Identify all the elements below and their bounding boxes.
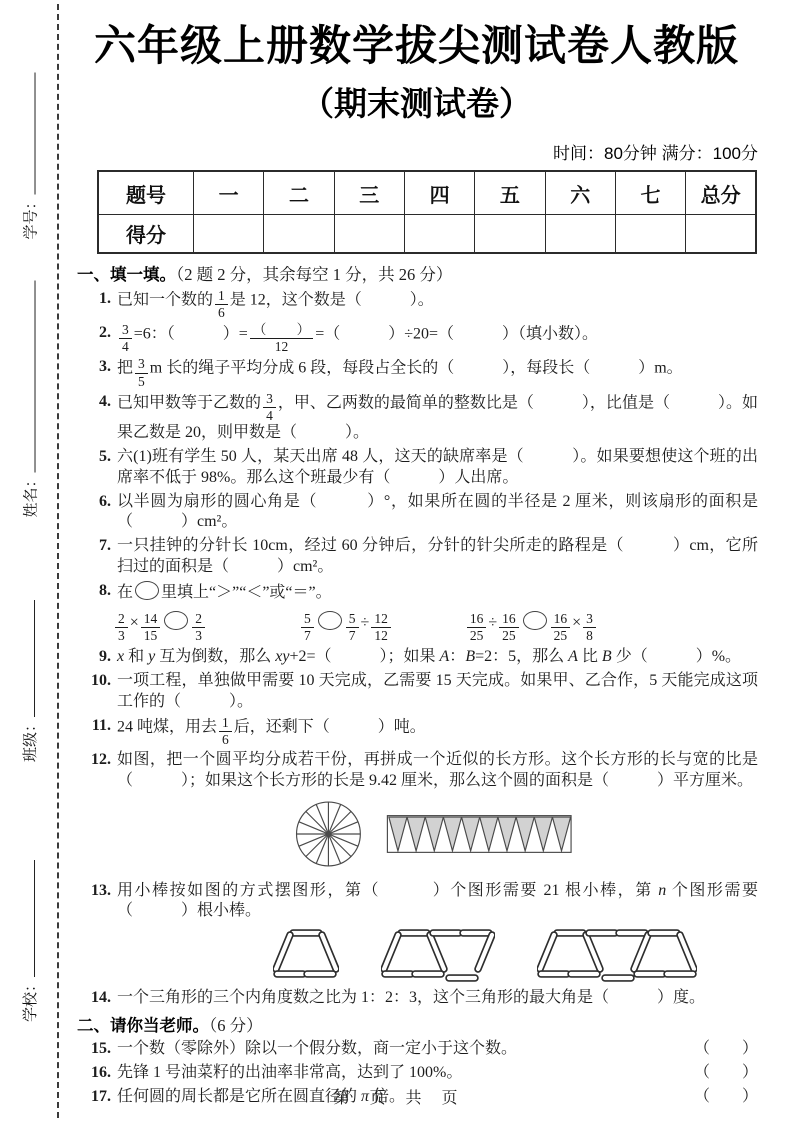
question-line: 34=6：（ ）=（ ）12=（ ）÷20=（ ）（填小数）。	[117, 323, 758, 354]
question-number: 4.	[81, 392, 111, 413]
section-title: 一、填一填。	[77, 265, 176, 284]
question-line: 已知一个数的16是 12，这个数是（ ）。	[117, 289, 758, 320]
fraction: 1625	[551, 612, 571, 643]
fraction: 1415	[141, 612, 161, 643]
question-8: 8.在里填上“＞”“＜”或“＝”。	[75, 581, 758, 604]
question-text: 一项工程，单独做甲需要 10 天完成，乙需要 15 天完成。如果甲、乙合作，5 …	[117, 671, 758, 713]
question-text: 24 吨煤，用去16后，还剩下（ ）吨。	[117, 716, 758, 747]
student-id-blank-line	[19, 72, 35, 194]
score-table-score-row: 得分	[98, 215, 756, 254]
page-footer: 第 页 共 页	[0, 1085, 793, 1108]
paper-subtitle: （期末测试卷）	[75, 78, 758, 125]
question-text: 一只挂钟的分针长 10cm，经过 60 分钟后，分针的针尖所走的路程是（ ）cm…	[117, 536, 758, 578]
question-text: x 和 y 互为倒数，那么 xy+2=（ ）；如果 A：B=2：5，那么 A 比…	[117, 647, 758, 668]
question-4: 4.已知甲数等于乙数的34，甲、乙两数的最简单的整数比是（ ），比值是（ ）。如…	[75, 392, 758, 444]
fraction: 23	[192, 612, 205, 643]
fraction: 16	[215, 289, 228, 320]
fraction: 1212	[371, 612, 391, 643]
questions-area: 一、填一填。（2 题 2 分，其余每空 1 分，共 26 分）1.已知一个数的1…	[75, 264, 758, 1108]
score-label-cell: 得分	[98, 215, 194, 254]
question-14: 14.一个三角形的三个内角度数之比为 1：2：3，这个三角形的最大角是（ ）度。	[75, 988, 758, 1009]
fraction: 34	[263, 392, 276, 423]
question-number: 9.	[81, 647, 111, 668]
fraction: 34	[119, 323, 132, 354]
question-text: 先锋 1 号油菜籽的出油率非常高，达到了 100%。	[117, 1063, 686, 1084]
score-table-cell: 题号	[98, 171, 194, 215]
question-text: 以半圆为扇形的圆心角是（ ）°，如果所在圆的半径是 2 厘米，则该扇形的面积是（…	[117, 492, 758, 534]
question-number: 14.	[81, 988, 111, 1009]
fraction: 57	[346, 612, 359, 643]
score-empty-cell	[615, 215, 685, 254]
question-line: 用小棒按如图的方式摆图形，第（ ）个图形需要 21 根小棒，第 n 个图形需要（…	[117, 881, 758, 923]
question-line: 把35m 长的绳子平均分成 6 段，每段占全长的（ ），每段长（ ）m。	[117, 357, 758, 388]
fraction: 1625	[499, 612, 519, 643]
question-number: 7.	[81, 536, 111, 557]
circle-to-rectangle-figure	[75, 798, 758, 877]
student-id-label: 学号：	[19, 194, 40, 239]
score-table-cell: 总分	[686, 171, 756, 215]
question-line: 一个三角形的三个内角度数之比为 1：2：3，这个三角形的最大角是（ ）度。	[117, 988, 758, 1009]
margin-dashed-divider	[57, 4, 59, 1118]
question-text: 已知一个数的16是 12，这个数是（ ）。	[117, 289, 758, 320]
question-line: 六(1)班有学生 50 人，某天出席 48 人，这天的缺席率是（ ）。如果要想使…	[117, 447, 758, 489]
student-info-margin: 学号： 姓名： 班级： 学校：	[0, 0, 57, 1122]
paper-title: 六年级上册数学拔尖测试卷人教版	[75, 22, 758, 70]
question-number: 12.	[81, 750, 111, 771]
score-empty-cell	[404, 215, 474, 254]
score-empty-cell	[545, 215, 615, 254]
question-line: 在里填上“＞”“＜”或“＝”。	[117, 581, 758, 604]
paper-content: 六年级上册数学拔尖测试卷人教版 （期末测试卷） 时间：80分钟 满分：100分 …	[75, 22, 758, 1111]
question-line: 一个数（零除外）除以一个假分数，商一定小于这个数。（ ）	[117, 1039, 758, 1060]
question-number: 1.	[81, 289, 111, 310]
fraction: 35	[135, 357, 148, 388]
class-label: 班级：	[19, 717, 40, 762]
question-12: 12.如图，把一个圆平均分成若干份，再拼成一个近似的长方形。这个长方形的长与宽的…	[75, 750, 758, 792]
judgment-answer-paren: （ ）	[694, 1039, 758, 1060]
comparison-row: 23×1415235757÷12121625÷16251625×38	[75, 611, 758, 643]
question-number: 13.	[81, 881, 111, 902]
score-table-cell: 一	[194, 171, 264, 215]
comparison-circle	[135, 581, 159, 600]
question-number: 6.	[81, 492, 111, 513]
comparison-item: 5757÷1212	[299, 611, 393, 643]
question-line: x 和 y 互为倒数，那么 xy+2=（ ）；如果 A：B=2：5，那么 A 比…	[117, 647, 758, 668]
question-line: 先锋 1 号油菜籽的出油率非常高，达到了 100%。（ ）	[117, 1063, 758, 1084]
score-table-cell: 六	[545, 171, 615, 215]
comparison-item: 23×141523	[113, 611, 207, 643]
fraction: 57	[301, 612, 314, 643]
school-blank-line	[19, 860, 35, 977]
score-empty-cell	[686, 215, 756, 254]
question-text: 如图，把一个圆平均分成若干份，再拼成一个近似的长方形。这个长方形的长与宽的比是（…	[117, 750, 758, 792]
fraction: 38	[583, 612, 596, 643]
section-note: （6 分）	[209, 1016, 263, 1035]
score-table: 题号 一 二 三 四 五 六 七 总分 得分	[97, 170, 757, 254]
question-number: 10.	[81, 671, 111, 692]
question-text: 用小棒按如图的方式摆图形，第（ ）个图形需要 21 根小棒，第 n 个图形需要（…	[117, 881, 758, 923]
score-empty-cell	[194, 215, 264, 254]
question-number: 16.	[81, 1063, 111, 1084]
question-10: 10.一项工程，单独做甲需要 10 天完成，乙需要 15 天完成。如果甲、乙合作…	[75, 671, 758, 713]
class-field: 班级：	[19, 600, 41, 762]
fraction: （ ）12	[250, 323, 313, 354]
question-text: 已知甲数等于乙数的34，甲、乙两数的最简单的整数比是（ ），比值是（ ）。如果乙…	[117, 392, 758, 444]
question-text: 一个三角形的三个内角度数之比为 1：2：3，这个三角形的最大角是（ ）度。	[117, 988, 758, 1009]
question-number: 8.	[81, 581, 111, 602]
question-number: 15.	[81, 1039, 111, 1060]
question-number: 11.	[81, 716, 111, 737]
question-2: 2.34=6：（ ）=（ ）12=（ ）÷20=（ ）（填小数）。	[75, 323, 758, 354]
fraction: 1625	[467, 612, 487, 643]
question-number: 2.	[81, 323, 111, 344]
question-9: 9.x 和 y 互为倒数，那么 xy+2=（ ）；如果 A：B=2：5，那么 A…	[75, 647, 758, 668]
fraction: 16	[219, 716, 232, 747]
stick-pattern-figure	[75, 928, 758, 984]
question-line: 一项工程，单独做甲需要 10 天完成，乙需要 15 天完成。如果甲、乙合作，5 …	[117, 671, 758, 713]
score-table-cell: 四	[404, 171, 474, 215]
comparison-item: 1625÷16251625×38	[465, 611, 598, 643]
section-title: 二、请你当老师。	[77, 1016, 209, 1035]
question-text: 34=6：（ ）=（ ）12=（ ）÷20=（ ）（填小数）。	[117, 323, 758, 354]
question-number: 5.	[81, 447, 111, 468]
stick-figure-1	[273, 928, 339, 984]
question-7: 7.一只挂钟的分针长 10cm，经过 60 分钟后，分针的针尖所走的路程是（ ）…	[75, 536, 758, 578]
question-16: 16.先锋 1 号油菜籽的出油率非常高，达到了 100%。（ ）	[75, 1063, 758, 1084]
score-table-cell: 七	[615, 171, 685, 215]
question-text: 六(1)班有学生 50 人，某天出席 48 人，这天的缺席率是（ ）。如果要想使…	[117, 447, 758, 489]
question-1: 1.已知一个数的16是 12，这个数是（ ）。	[75, 289, 758, 320]
judgment-answer-paren: （ ）	[694, 1063, 758, 1084]
score-empty-cell	[475, 215, 545, 254]
question-number: 3.	[81, 357, 111, 378]
question-line: 如图，把一个圆平均分成若干份，再拼成一个近似的长方形。这个长方形的长与宽的比是（…	[117, 750, 758, 792]
question-line: 一只挂钟的分针长 10cm，经过 60 分钟后，分针的针尖所走的路程是（ ）cm…	[117, 536, 758, 578]
score-table-header-row: 题号 一 二 三 四 五 六 七 总分	[98, 171, 756, 215]
student-name-label: 姓名：	[19, 472, 40, 517]
question-line: 以半圆为扇形的圆心角是（ ）°，如果所在圆的半径是 2 厘米，则该扇形的面积是（…	[117, 492, 758, 534]
time-score-meta: 时间：80分钟 满分：100分	[75, 139, 758, 164]
school-label: 学校：	[19, 977, 40, 1022]
section-note: （2 题 2 分，其余每空 1 分，共 26 分）	[176, 265, 452, 284]
fraction: 23	[115, 612, 128, 643]
score-table-cell: 五	[475, 171, 545, 215]
stick-figure-3	[537, 928, 697, 984]
circle-sectors-diagram	[283, 798, 573, 870]
comparison-circle	[318, 611, 342, 630]
score-table-cell: 二	[264, 171, 334, 215]
question-13: 13.用小棒按如图的方式摆图形，第（ ）个图形需要 21 根小棒，第 n 个图形…	[75, 881, 758, 923]
section-header-1: 一、填一填。（2 题 2 分，其余每空 1 分，共 26 分）	[77, 264, 758, 285]
student-id-field: 学号：	[19, 72, 41, 239]
question-text: 一个数（零除外）除以一个假分数，商一定小于这个数。	[117, 1039, 686, 1060]
student-name-field: 姓名：	[19, 280, 41, 517]
stick-figure-2	[381, 928, 495, 984]
question-line: 24 吨煤，用去16后，还剩下（ ）吨。	[117, 716, 758, 747]
score-empty-cell	[264, 215, 334, 254]
question-line: 已知甲数等于乙数的34，甲、乙两数的最简单的整数比是（ ），比值是（ ）。如果乙…	[117, 392, 758, 444]
score-table-cell: 三	[334, 171, 404, 215]
question-text: 把35m 长的绳子平均分成 6 段，每段占全长的（ ），每段长（ ）m。	[117, 357, 758, 388]
question-3: 3.把35m 长的绳子平均分成 6 段，每段占全长的（ ），每段长（ ）m。	[75, 357, 758, 388]
question-15: 15.一个数（零除外）除以一个假分数，商一定小于这个数。（ ）	[75, 1039, 758, 1060]
score-empty-cell	[334, 215, 404, 254]
comparison-circle	[523, 611, 547, 630]
question-6: 6.以半圆为扇形的圆心角是（ ）°，如果所在圆的半径是 2 厘米，则该扇形的面积…	[75, 492, 758, 534]
test-paper-page: { "header": { "title": "六年级上册数学拔尖测试卷人教版"…	[0, 0, 793, 1122]
question-text: 在里填上“＞”“＜”或“＝”。	[117, 581, 758, 604]
student-name-blank-line	[19, 280, 35, 472]
school-field: 学校：	[19, 860, 41, 1022]
section-header-2: 二、请你当老师。（6 分）	[77, 1015, 758, 1036]
class-blank-line	[19, 600, 35, 717]
question-5: 5.六(1)班有学生 50 人，某天出席 48 人，这天的缺席率是（ ）。如果要…	[75, 447, 758, 489]
question-11: 11.24 吨煤，用去16后，还剩下（ ）吨。	[75, 716, 758, 747]
comparison-circle	[164, 611, 188, 630]
